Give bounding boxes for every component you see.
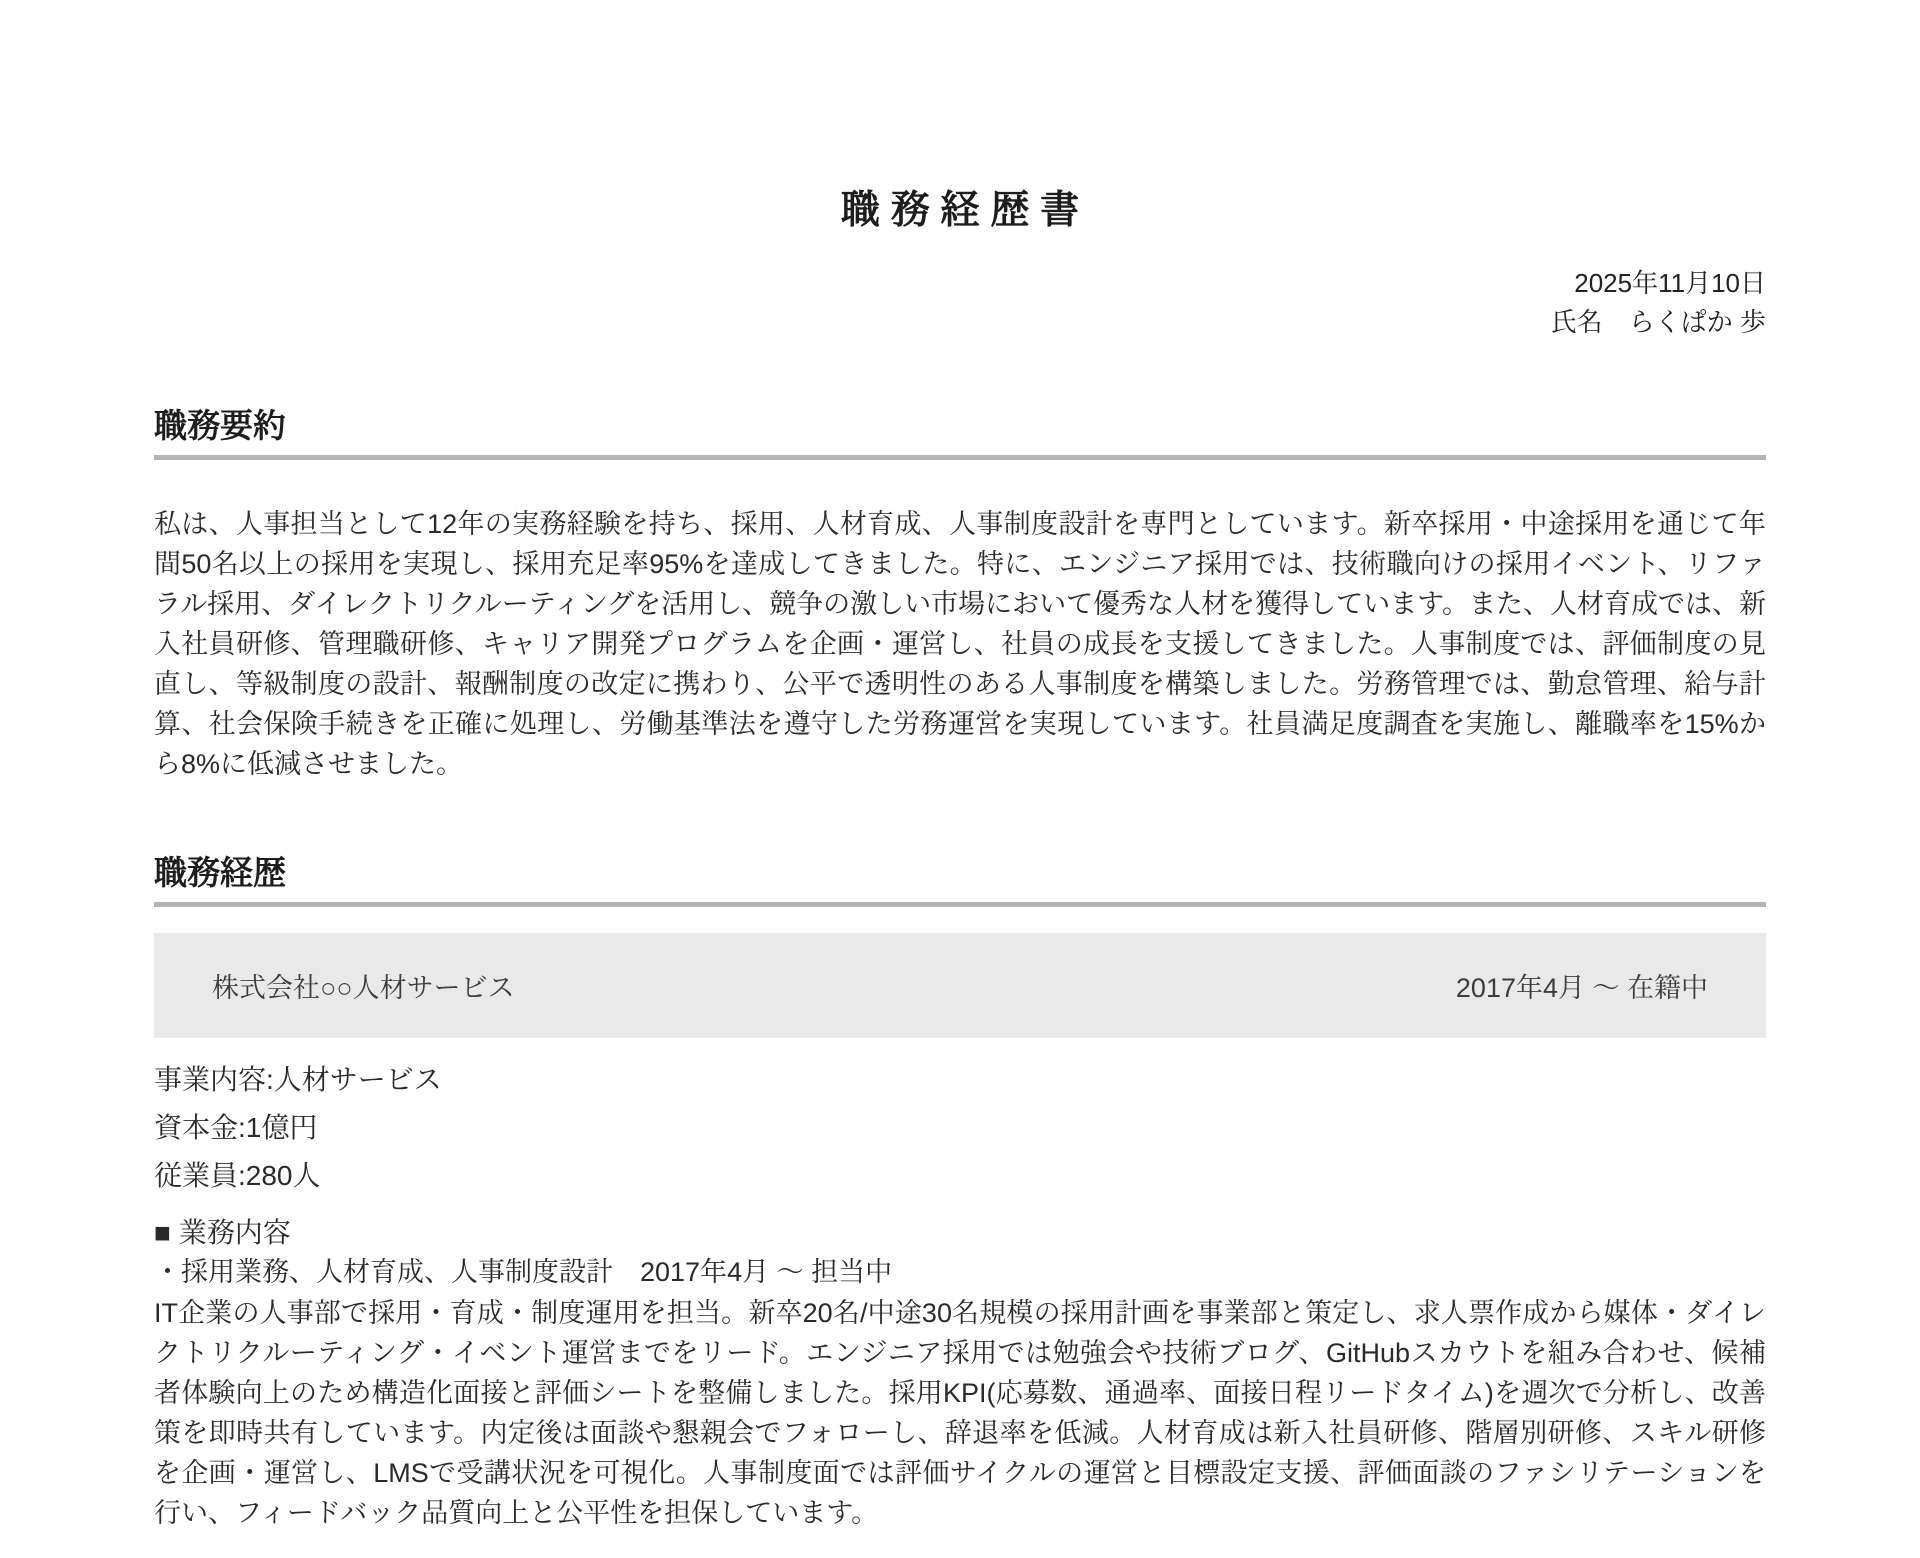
- applicant-name: 氏名 らくぱか 歩: [154, 303, 1766, 342]
- company-detail-business: 事業内容:人材サービス: [154, 1056, 1766, 1104]
- company-detail-capital: 資本金:1億円: [154, 1104, 1766, 1152]
- duties-description-text: IT企業の人事部で採用・育成・制度運用を担当。新卒20名/中途30名規模の採用計…: [154, 1293, 1766, 1533]
- company-detail-employees: 従業員:280人: [154, 1152, 1766, 1200]
- duties-heading: ■ 業務内容: [154, 1216, 1766, 1250]
- document-date: 2025年11月10日: [154, 264, 1766, 303]
- company-name: 株式会社○○人材サービス: [212, 966, 515, 1005]
- company-period: 2017年4月 〜 在籍中: [1456, 966, 1708, 1005]
- resume-document: 職 務 経 歴 書 2025年11月10日 氏名 らくぱか 歩 職務要約 私は、…: [154, 190, 1766, 1533]
- duties-role-line: ・採用業務、人材育成、人事制度設計 2017年4月 〜 担当中: [154, 1254, 1766, 1290]
- summary-section-heading: 職務要約: [154, 406, 1766, 460]
- history-section-heading: 職務経歴: [154, 853, 1766, 907]
- company-details: 事業内容:人材サービス 資本金:1億円 従業員:280人: [154, 1056, 1766, 1200]
- document-title: 職 務 経 歴 書: [154, 190, 1766, 232]
- company-card: 株式会社○○人材サービス 2017年4月 〜 在籍中: [154, 933, 1766, 1038]
- summary-body-text: 私は、人事担当として12年の実務経験を持ち、採用、人材育成、人事制度設計を専門と…: [154, 504, 1766, 784]
- document-meta: 2025年11月10日 氏名 らくぱか 歩: [154, 264, 1766, 342]
